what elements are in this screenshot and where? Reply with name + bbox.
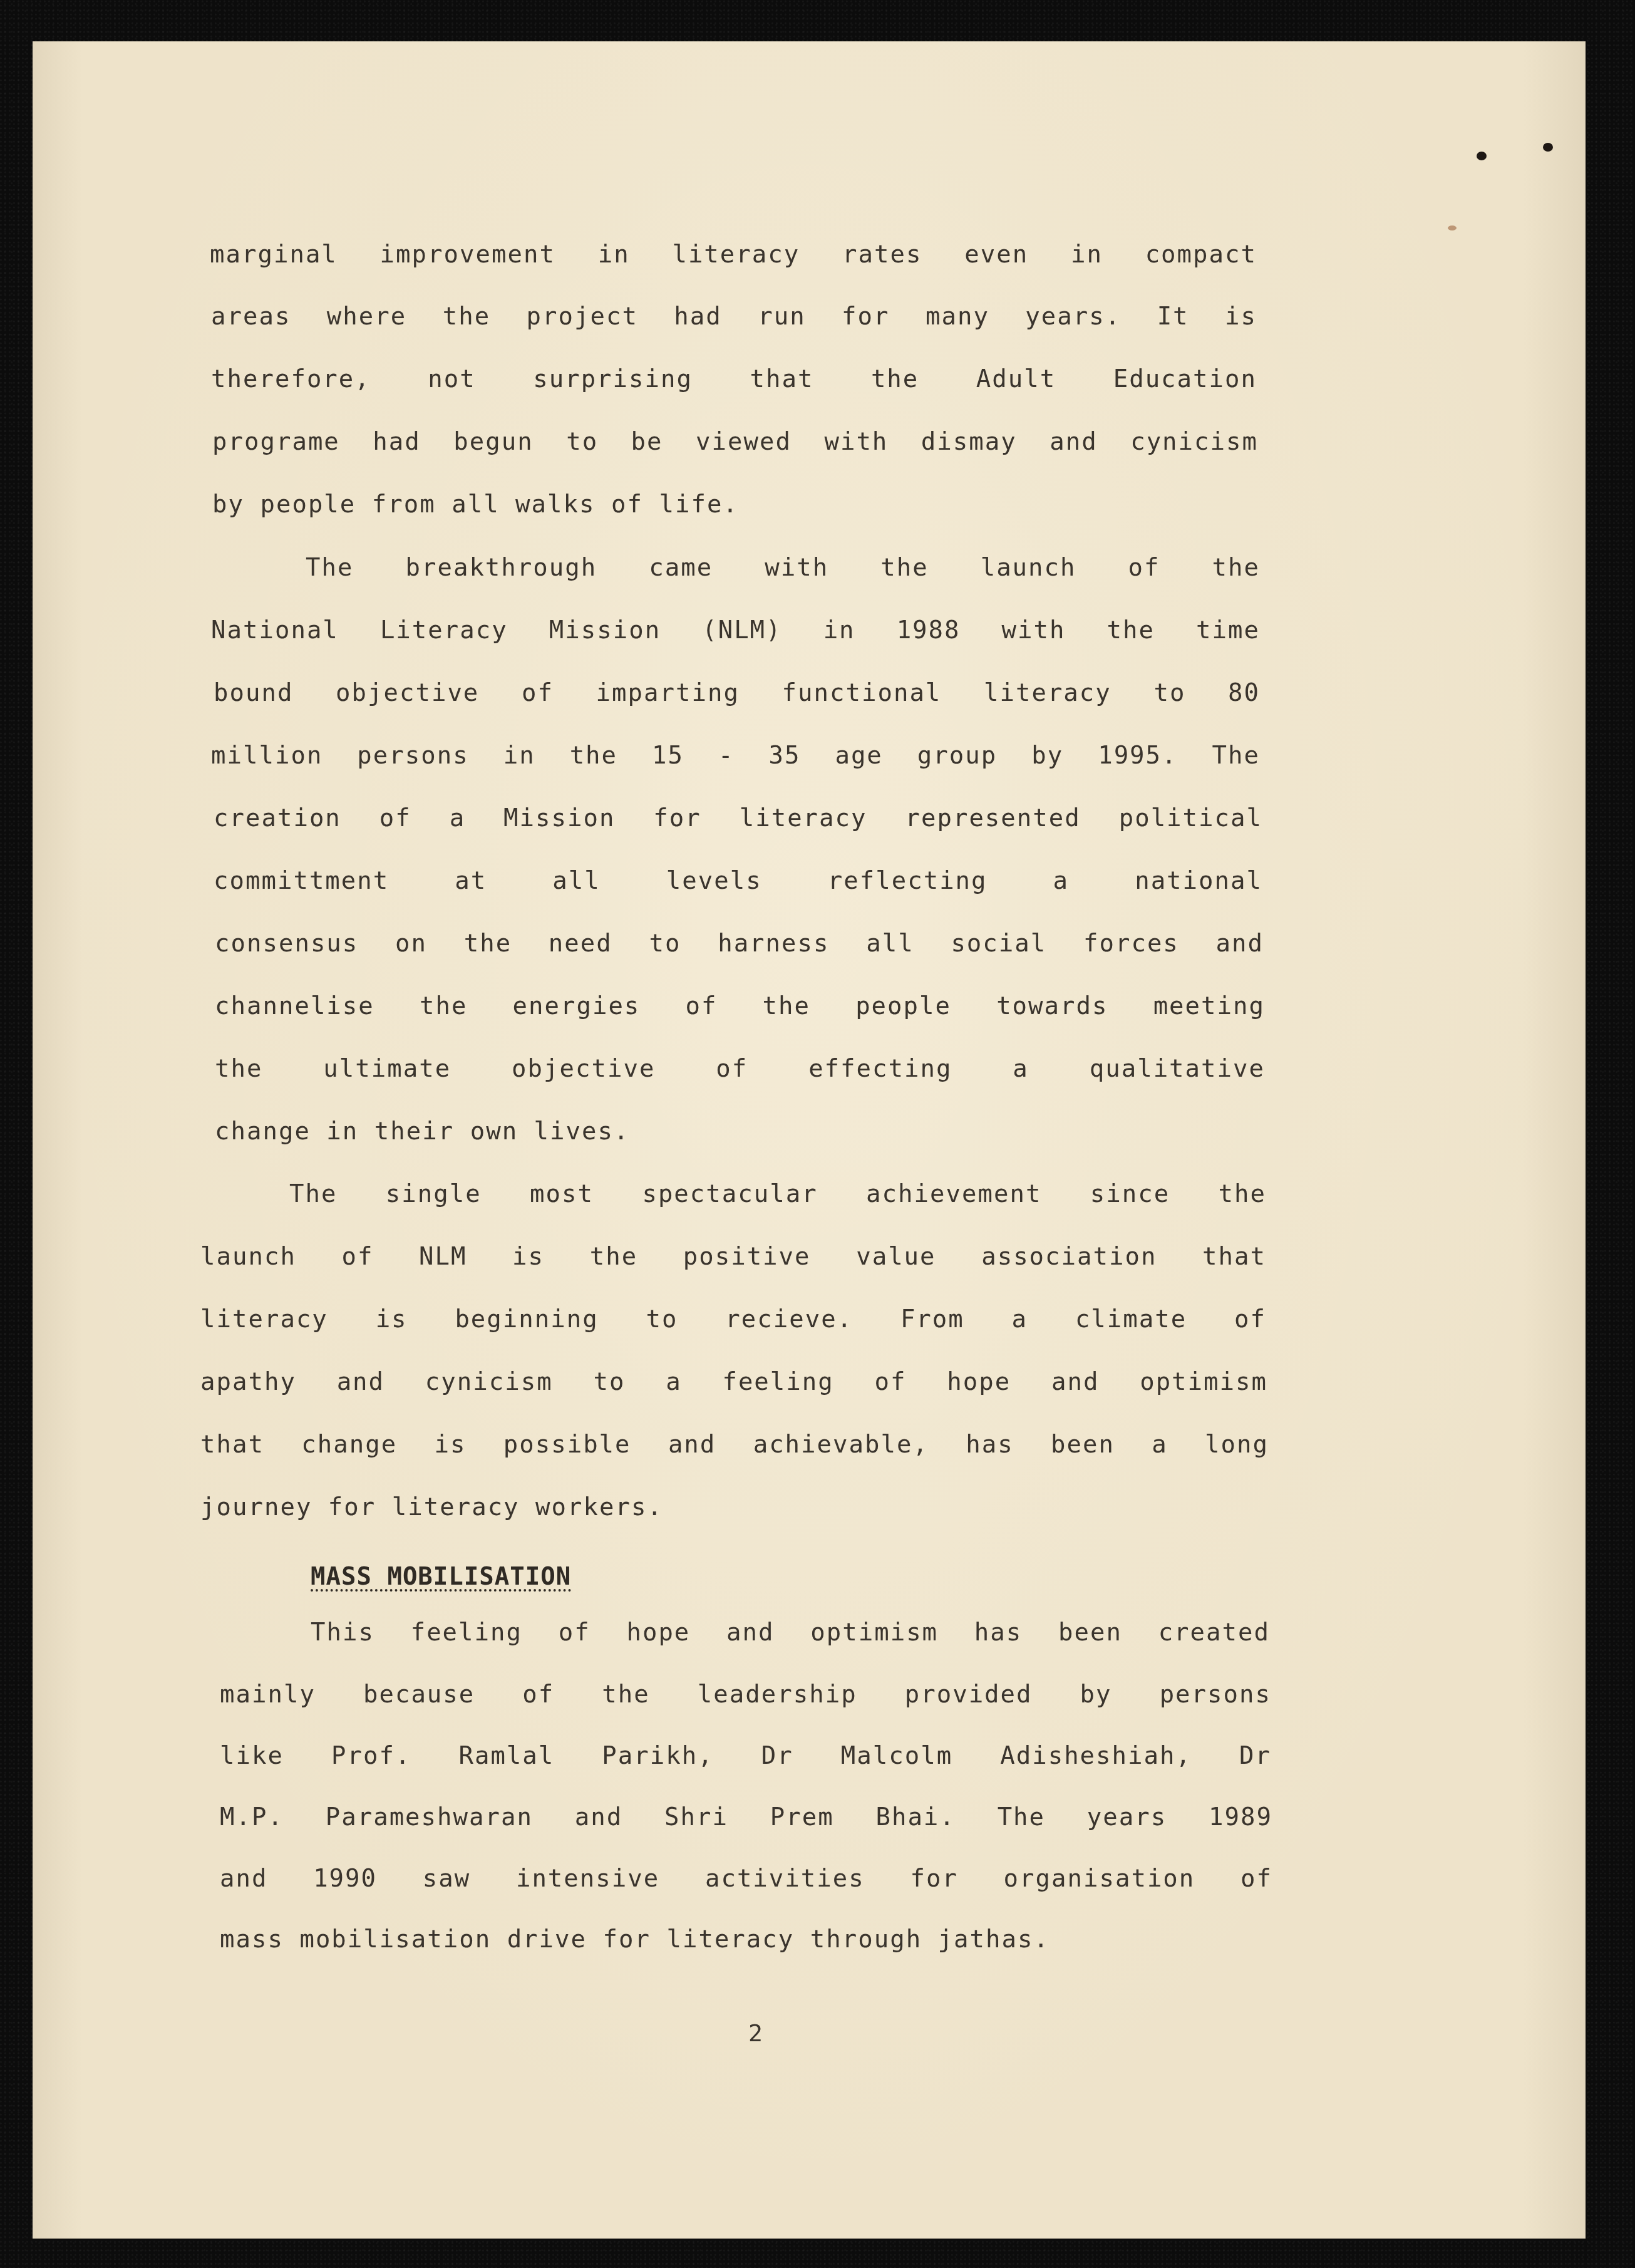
- text-line: channelise the energies of the people to…: [215, 993, 1265, 1020]
- text-line: M.P. Parameshwaran and Shri Prem Bhai. T…: [220, 1804, 1272, 1831]
- text-line: by people from all walks of life.: [212, 491, 739, 519]
- text-line: consensus on the need to harness all soc…: [215, 930, 1264, 958]
- text-line: literacy is beginning to recieve. From a…: [200, 1306, 1266, 1333]
- text-line: mass mobilisation drive for literacy thr…: [220, 1926, 1050, 1954]
- text-line: The single most spectacular achievement …: [289, 1181, 1266, 1208]
- section-heading: MASS MOBILISATION: [311, 1563, 571, 1591]
- text-line: bound objective of imparting functional …: [214, 680, 1260, 707]
- text-line: programe had begun to be viewed with dis…: [212, 428, 1258, 456]
- text-line: million persons in the 15 - 35 age group…: [211, 742, 1260, 770]
- page-number: 2: [748, 2019, 763, 2047]
- text-line: committment at all levels reflecting a n…: [214, 867, 1262, 895]
- text-line: National Literacy Mission (NLM) in 1988 …: [211, 617, 1260, 645]
- staple-hole: [1477, 152, 1487, 160]
- text-line: journey for literacy workers.: [200, 1494, 663, 1521]
- text-line: apathy and cynicism to a feeling of hope…: [200, 1369, 1267, 1396]
- text-line: areas where the project had run for many…: [211, 303, 1257, 331]
- text-line: and 1990 saw intensive activities for or…: [220, 1865, 1272, 1893]
- paper-stain: [1448, 225, 1457, 230]
- staple-hole: [1543, 143, 1553, 152]
- text-line: marginal improvement in literacy rates e…: [210, 241, 1257, 269]
- text-line: like Prof. Ramlal Parikh, Dr Malcolm Adi…: [220, 1742, 1271, 1770]
- text-line: the ultimate objective of effecting a qu…: [215, 1055, 1265, 1083]
- text-line: This feeling of hope and optimism has be…: [311, 1619, 1270, 1647]
- text-line: that change is possible and achievable, …: [200, 1431, 1269, 1459]
- text-line: therefore, not surprising that the Adult…: [211, 366, 1257, 393]
- text-line: mainly because of the leadership provide…: [220, 1681, 1271, 1709]
- text-line: change in their own lives.: [215, 1118, 629, 1146]
- text-line: launch of NLM is the positive value asso…: [200, 1243, 1266, 1271]
- text-line: The breakthrough came with the launch of…: [306, 554, 1260, 582]
- text-line: creation of a Mission for literacy repre…: [214, 805, 1262, 832]
